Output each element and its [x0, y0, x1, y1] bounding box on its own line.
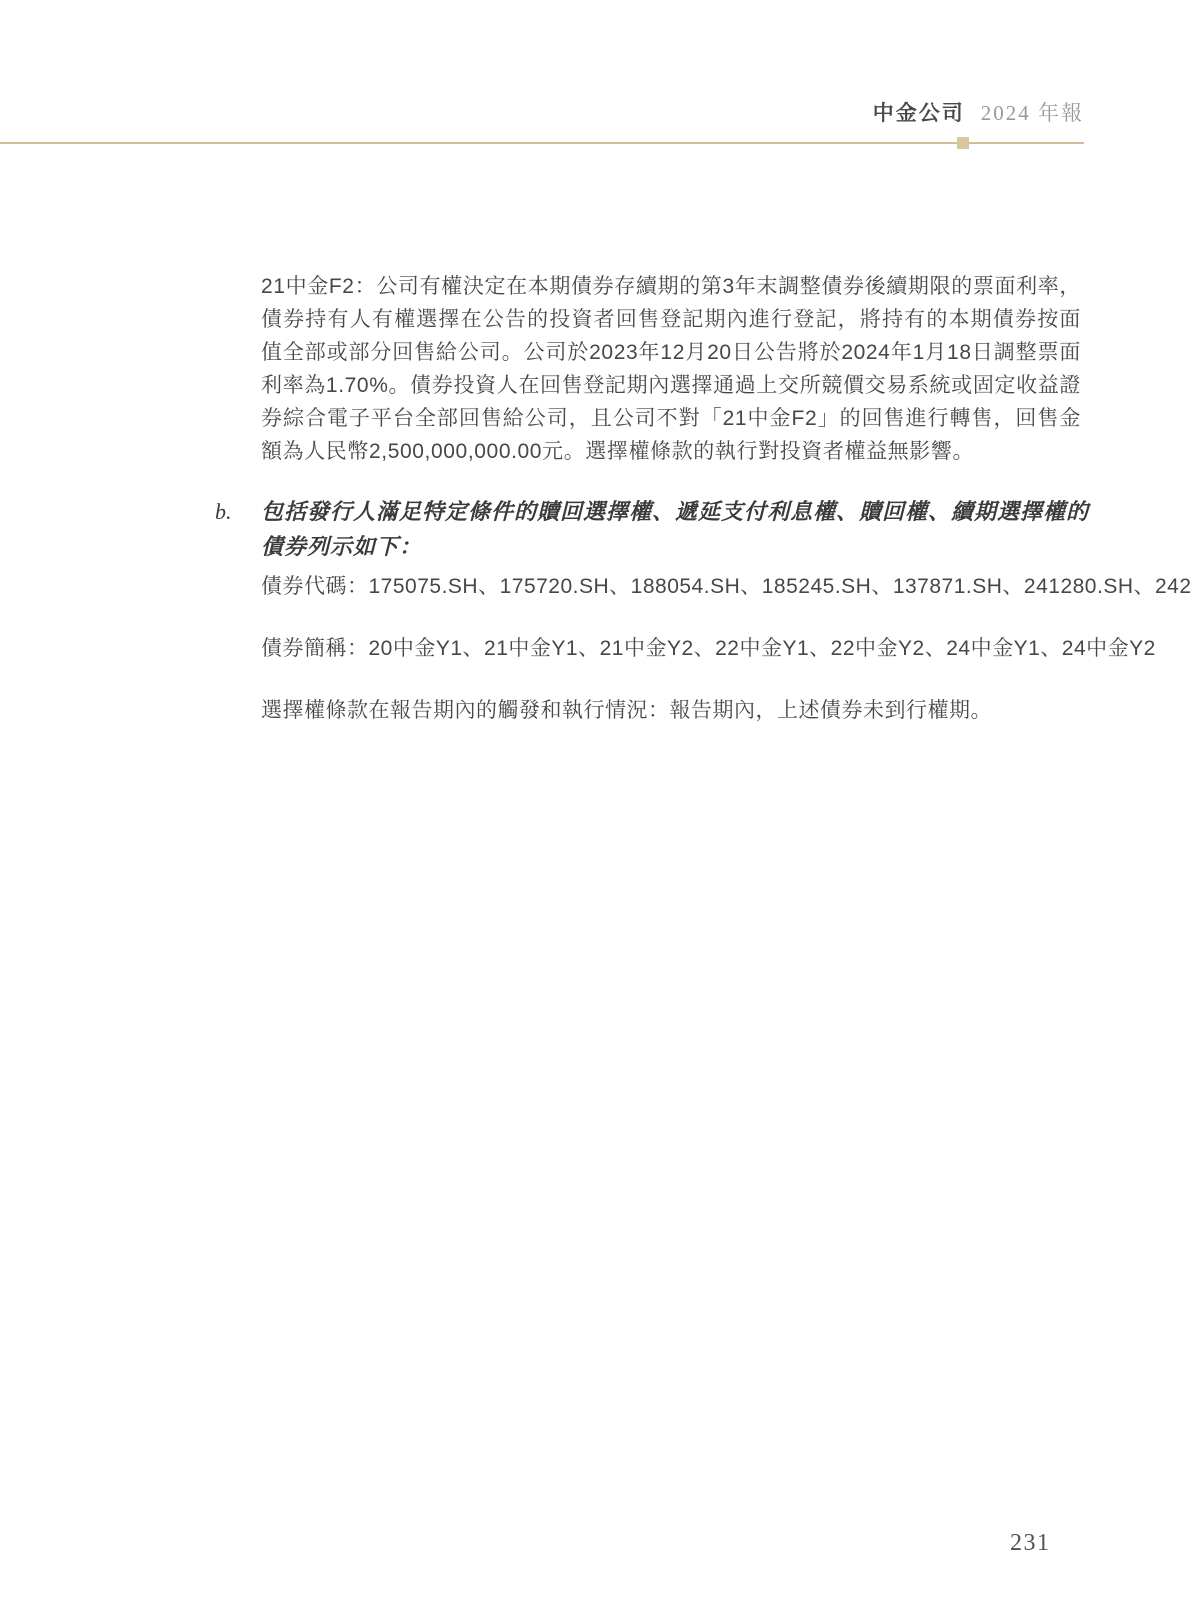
bond-names-line: 債券簡稱：20中金Y1、21中金Y1、21中金Y2、22中金Y1、22中金Y2、… [261, 634, 1093, 664]
annual-report-page: 中金公司2024 年報 21中金F2：公司有權決定在本期債券存續期的第3年末調整… [0, 0, 1190, 1615]
header-rule-divider [0, 142, 1084, 144]
page-header: 中金公司2024 年報 [0, 97, 1084, 129]
report-edition: 2024 年報 [981, 101, 1084, 125]
list-item-b-label: b. [215, 494, 232, 529]
bond-codes-line: 債券代碼：175075.SH、175720.SH、188054.SH、18524… [261, 572, 1093, 602]
page-number: 231 [1010, 1530, 1051, 1557]
company-name: 中金公司 [873, 101, 965, 125]
option-status-line: 選擇權條款在報告期內的觸發和執行情況：報告期內，上述債券未到行權期。 [261, 696, 1093, 726]
header-square-marker-icon [957, 137, 969, 149]
paragraph-21-cicc-f2: 21中金F2：公司有權決定在本期債券存續期的第3年末調整債券後續期限的票面利率，… [261, 270, 1081, 468]
list-item-b-heading: 包括發行人滿足特定條件的贖回選擇權、遞延支付利息權、贖回權、續期選擇權的債券列示… [261, 494, 1089, 564]
